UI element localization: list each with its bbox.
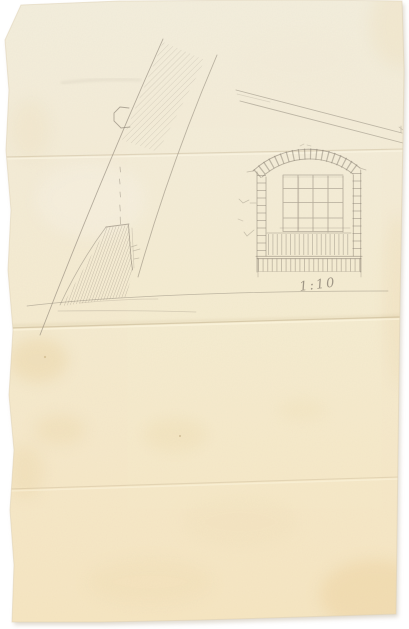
paper-grain	[0, 0, 409, 629]
scanned-sketch-page: 1:10	[0, 0, 409, 629]
paper-scan: 1:10	[0, 0, 409, 629]
paper-stains	[0, 0, 409, 629]
